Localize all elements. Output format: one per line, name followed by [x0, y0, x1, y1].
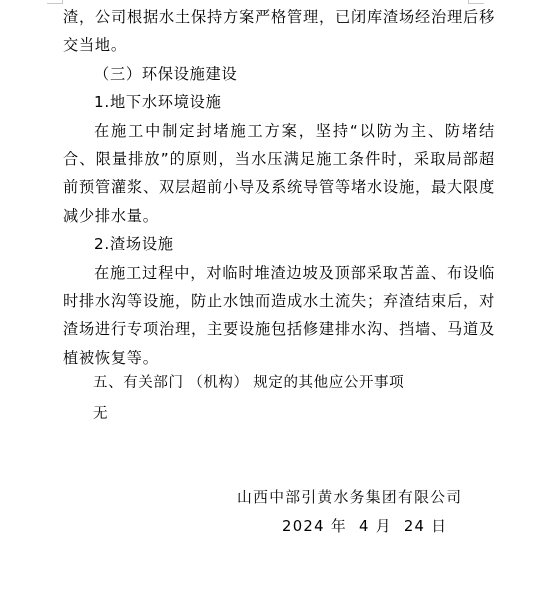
date-year-unit: 年	[331, 518, 347, 535]
date-day: 24	[404, 518, 425, 535]
paragraph-groundwater: 在施工中制定封堵施工方案，坚持“以防为主、防堵结合、限量排放”的原则，当水压满足…	[63, 117, 495, 231]
subheading-slag-field-facilities: 2.渣场设施	[63, 230, 495, 258]
paragraph-continuation: 渣，公司根据水土保持方案严格管理，已闭库渣场经治理后移交当地。	[63, 3, 495, 60]
date-month-unit: 月	[376, 518, 392, 535]
date-year: 2024	[282, 518, 325, 535]
document-body: 渣，公司根据水土保持方案严格管理，已闭库渣场经治理后移交当地。 （三）环保设施建…	[63, 3, 495, 372]
date-day-unit: 日	[431, 518, 447, 535]
signature-date: 2024年 4月 24日	[282, 515, 453, 536]
paragraph-slag-field: 在施工过程中，对临时堆渣边坡及顶部采取苫盖、布设临时排水沟等设施，防止水蚀而造成…	[63, 259, 495, 373]
signature-organization: 山西中部引黄水务集团有限公司	[237, 486, 462, 507]
subheading-groundwater-facilities: 1.地下水环境设施	[63, 88, 495, 116]
date-month: 4	[359, 518, 370, 535]
section-five-heading: 五、有关部门 （机构） 规定的其他应公开事项	[93, 371, 404, 392]
section-five-content: 无	[93, 402, 108, 423]
page-corner-mark-top-left	[47, 0, 63, 4]
section-heading-environmental-facilities: （三）环保设施建设	[63, 60, 495, 88]
document-page: 渣，公司根据水土保持方案严格管理，已闭库渣场经治理后移交当地。 （三）环保设施建…	[0, 0, 551, 612]
